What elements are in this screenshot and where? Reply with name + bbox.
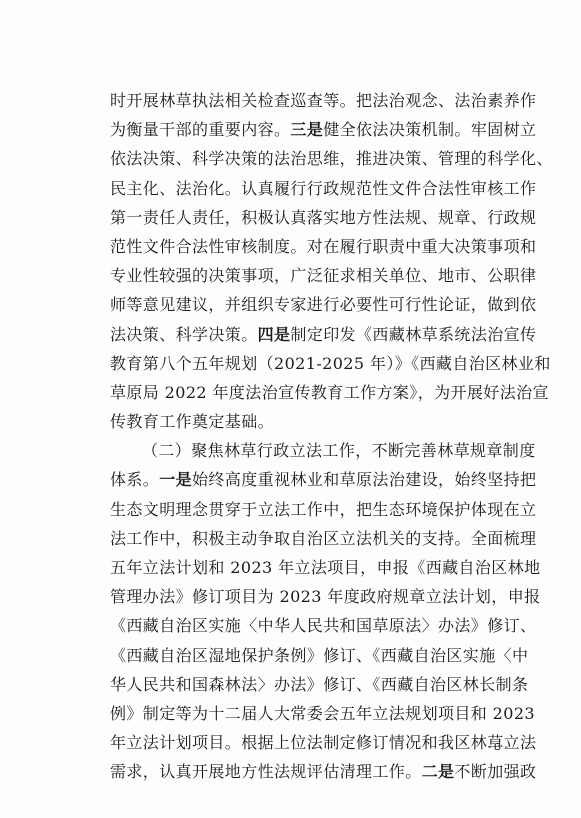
text-segment: 教育第八个五年规划（2021-2025 年）》《西藏自治区林业和 [110, 354, 551, 373]
text-line: 为衡量干部的重要内容。三是健全依法决策机制。牢固树立 [110, 115, 504, 144]
text-segment: 师等意见建议，并组织专家进行必要性可行性论证，做到依 [110, 295, 536, 314]
text-line: 需求，认真开展地方性法规评估清理工作。二是不断加强政 [110, 757, 504, 786]
text-segment: 体系。 [110, 470, 159, 489]
text-line: 第一责任人责任，积极认真落实地方性法规、规章、行政规 [110, 203, 504, 232]
bold-marker: 三是 [290, 120, 323, 139]
text-line: 法决策、科学决策。四是制定印发《西藏林草系统法治宣传 [110, 320, 504, 349]
text-segment: 年立法计划项目。根据上位法制定修订情况和我区林草立法 [110, 733, 536, 752]
text-segment: 为衡量干部的重要内容。 [110, 120, 290, 139]
text-segment: 需求，认真开展地方性法规评估清理工作。 [110, 762, 422, 781]
bold-marker: 四是 [258, 325, 291, 344]
text-line: 五年立法计划和 2023 年立法项目，申报《西藏自治区林地 [110, 553, 504, 582]
text-segment: 法工作中，积极主动争取自治区立法机关的支持。全面梳理 [110, 529, 536, 548]
text-segment: 始终高度重视林业和草原法治建设，始终坚持把 [192, 470, 536, 489]
text-line: 专业性较强的决策事项，广泛征求相关单位、地市、公职律 [110, 261, 504, 290]
text-line: 法工作中，积极主动争取自治区立法机关的支持。全面梳理 [110, 524, 504, 553]
bold-marker: 一是 [159, 470, 192, 489]
text-segment: 民主化、法治化。认真履行行政规范性文件合法性审核工作 [110, 179, 536, 198]
text-line: 《西藏自治区实施〈中华人民共和国草原法〉办法》修订、 [110, 611, 504, 640]
text-line: 年立法计划项目。根据上位法制定修订情况和我区林草立法 [110, 728, 504, 757]
text-segment: 五年立法计划和 2023 年立法项目，申报《西藏自治区林地 [110, 558, 541, 577]
page-number: - 3 - [488, 742, 508, 753]
text-segment: （二）聚焦林草行政立法工作，不断完善林草规章制度 [142, 441, 536, 460]
text-line: 民主化、法治化。认真履行行政规范性文件合法性审核工作 [110, 174, 504, 203]
section-heading-line: （二）聚焦林草行政立法工作，不断完善林草规章制度 [110, 436, 504, 465]
text-segment: 管理办法》修订项目为 2023 年度政府规章立法计划，申报 [110, 587, 541, 606]
text-line: 生态文明理念贯穿于立法工作中，把生态环境保护体现在立 [110, 495, 504, 524]
text-segment: 《西藏自治区湿地保护条例》修订、《西藏自治区实施〈中 [110, 646, 528, 665]
text-segment: 专业性较强的决策事项，广泛征求相关单位、地市、公职律 [110, 266, 536, 285]
text-line: 《西藏自治区湿地保护条例》修订、《西藏自治区实施〈中 [110, 641, 504, 670]
text-segment: 例》制定等为十二届人大常委会五年立法规划项目和 2023 [110, 704, 535, 723]
text-segment: 时开展林草执法相关检查巡查等。把法治观念、法治素养作 [110, 91, 536, 110]
text-segment: 草原局 2022 年度法治宣传教育工作方案》，为开展好法治宣 [110, 383, 549, 402]
text-line: 教育第八个五年规划（2021-2025 年）》《西藏自治区林业和 [110, 349, 504, 378]
text-line: 传教育工作奠定基础。 [110, 407, 504, 436]
text-line: 依法决策、科学决策的法治思维，推进决策、管理的科学化、 [110, 144, 504, 173]
text-segment: 华人民共和国森林法〉办法》修订、《西藏自治区林长制条 [110, 675, 528, 694]
text-segment: 传教育工作奠定基础。 [110, 412, 274, 431]
text-segment: 生态文明理念贯穿于立法工作中，把生态环境保护体现在立 [110, 500, 536, 519]
text-line: 华人民共和国森林法〉办法》修订、《西藏自治区林长制条 [110, 670, 504, 699]
text-line: 管理办法》修订项目为 2023 年度政府规章立法计划，申报 [110, 582, 504, 611]
text-segment: 健全依法决策机制。牢固树立 [323, 120, 536, 139]
text-segment: 制定印发《西藏林草系统法治宣传 [290, 325, 536, 344]
text-line: 范性文件合法性审核制度。对在履行职责中重大决策事项和 [110, 232, 504, 261]
text-line: 时开展林草执法相关检查巡查等。把法治观念、法治素养作 [110, 86, 504, 115]
document-page: 时开展林草执法相关检查巡查等。把法治观念、法治素养作为衡量干部的重要内容。三是健… [0, 0, 581, 818]
text-line: 草原局 2022 年度法治宣传教育工作方案》，为开展好法治宣 [110, 378, 504, 407]
text-segment: 《西藏自治区实施〈中华人民共和国草原法〉办法》修订、 [110, 616, 536, 635]
text-line: 例》制定等为十二届人大常委会五年立法规划项目和 2023 [110, 699, 504, 728]
text-segment: 第一责任人责任，积极认真落实地方性法规、规章、行政规 [110, 208, 536, 227]
text-line: 师等意见建议，并组织专家进行必要性可行性论证，做到依 [110, 290, 504, 319]
bold-marker: 二是 [422, 762, 455, 781]
text-segment: 范性文件合法性审核制度。对在履行职责中重大决策事项和 [110, 237, 536, 256]
text-line: 体系。一是始终高度重视林业和草原法治建设，始终坚持把 [110, 465, 504, 494]
text-segment: 依法决策、科学决策的法治思维，推进决策、管理的科学化、 [110, 149, 553, 168]
text-segment: 不断加强政 [454, 762, 536, 781]
text-segment: 法决策、科学决策。 [110, 325, 258, 344]
document-body: 时开展林草执法相关检查巡查等。把法治观念、法治素养作为衡量干部的重要内容。三是健… [110, 86, 504, 787]
